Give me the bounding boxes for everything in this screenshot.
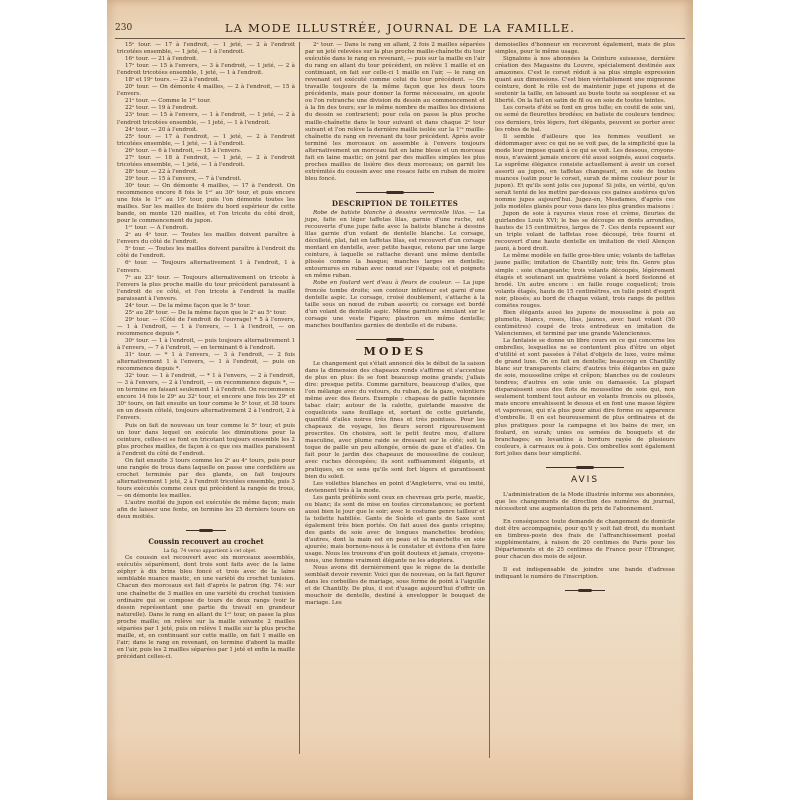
divider-ornament [546,466,624,469]
paragraph: 24ᵉ tour. — 20 à l'endroit. [117,127,295,134]
paragraph: 29ᵉ tour. — 15 à l'envers, — 7 à l'endro… [117,176,295,183]
paragraph: 5ᵉ tour. — Toutes les mailles doivent pa… [117,246,295,260]
paragraph: 23ᵉ tour. — 15 à l'envers, — 1 à l'endro… [117,112,295,126]
paragraph: 2ᵉ tour. — Dans le rang en allant, 2 foi… [305,42,485,183]
paragraph: Les gants préférés sont ceux en chevreau… [305,495,485,565]
paragraph: 30ᵉ tour. — 1 à l'endroit, — puis toujou… [117,338,295,352]
paragraph: Bien élégants aussi les jupons de mousse… [495,310,675,338]
column-divider [489,42,490,758]
paragraph: Il est indispensable de joindre une band… [495,567,675,581]
divider-ornament [356,191,434,194]
section-title-avis: AVIS [495,477,675,484]
paragraph: La fantaisie se donne un libre cours en … [495,338,675,458]
paragraph: Nous avons dit dernièrement que le règne… [305,565,485,607]
paragraph: 32ᵉ tour. — 1 à l'endroit, — * 1 à l'env… [117,373,295,422]
paragraph: 28ᵉ tour. — 22 à l'endroit. [117,169,295,176]
paragraph: L'autre moitié du jupon est exécutée de … [117,500,295,521]
divider-ornament [186,529,226,532]
paragraph: 2ᵉ au 4ᵉ tour. — Toutes les mailles doiv… [117,232,295,246]
toilette-item: Robe en foulard vert d'eau à fleurs de c… [305,280,485,329]
toilette-item: Robe de batiste blanche à dessins vermic… [305,210,485,280]
paragraph: 25ᵉ au 28ᵉ tour. — De la même façon que … [117,310,295,317]
paragraph: 6ᵉ tour. — Toujours alternativement 1 à … [117,260,295,274]
toilette-text: — La jupe froncée tombe droite; son cont… [305,280,485,328]
paragraph: Signalons à nos abonnées la Ceinture sui… [495,56,675,105]
page-header: 230 LA MODE ILLUSTRÉE, JOURNAL DE LA FAM… [115,20,685,39]
paragraph: Il semble d'ailleurs que les femmes veui… [495,134,675,212]
section-title-coussin: Coussin recouvert au crochet [117,538,295,545]
paragraph: 7ᵉ au 23ᵉ tour. — Toujours alternativeme… [117,275,295,303]
paragraph: Jupon de soie à rayures vieux rose et cr… [495,211,675,253]
section-title-toilettes: DESCRIPTION DE TOILETTES [305,200,485,207]
paragraph: 17ᵉ tour. — 15 à l'envers, — 3 à l'endro… [117,63,295,77]
newspaper-page: 230 LA MODE ILLUSTRÉE, JOURNAL DE LA FAM… [107,0,693,800]
paragraph: 25ᵉ tour. — 17 à l'endroit, — 1 jeté, — … [117,134,295,148]
paragraph: 15ᵉ tour. — 17 à l'endroit, — 1 jeté, — … [117,42,295,56]
paragraph: Le même modèle en faille gros-bleu unie;… [495,253,675,309]
divider-ornament [565,589,605,592]
column-divider [299,42,300,754]
paragraph: demoiselles d'honneur en recevront égale… [495,42,675,56]
toilette-lead: Robe de batiste blanche à dessins vermic… [313,210,466,216]
paragraph: En conséquence toute demande de changeme… [495,519,675,561]
toilette-text: — La jupe, faite en léger taffetas lilas… [305,210,485,279]
paragraph: 31ᵉ tour. — * 1 à l'envers, — 3 à l'endr… [117,352,295,373]
paragraph: 27ᵉ tour. — 18 à l'endroit, — 1 jeté, — … [117,155,295,169]
paragraph: 24ᵉ tour. — De la même façon que le 5ᵉ t… [117,303,295,310]
paragraph: Ce coussin est recouvert avec six morcea… [117,555,295,661]
paragraph: 20ᵉ tour. — On démonte 4 mailles, — 2 à … [117,84,295,98]
journal-title: LA MODE ILLUSTRÉE, JOURNAL DE LA FAMILLE… [115,21,685,35]
toilette-lead: Robe en foulard vert d'eau à fleurs de c… [313,280,452,286]
paragraph: 30ᵉ tour. — On démonte 4 mailles, — 17 à… [117,183,295,225]
paragraph: Puis on fait de nouveau un tour comme le… [117,423,295,458]
paragraph: 29ᵉ tour. — (Côté de l'endroit de l'ouvr… [117,317,295,338]
paragraph: Les corsets d'été se font en gros tulle;… [495,105,675,133]
column-modes-avis: demoiselles d'honneur en recevront égale… [495,42,675,742]
divider-ornament [356,338,434,341]
section-title-modes: MODES [305,348,485,355]
paragraph: Les voilettes blanches en point d'Anglet… [305,481,485,495]
column-knitting-instructions: 15ᵉ tour. — 17 à l'endroit, — 1 jeté, — … [117,42,295,754]
paragraph: L'administration de la Mode illustrée in… [495,492,675,513]
paragraph: 26ᵉ tour. — 6 à l'endroit, — 15 à l'enve… [117,148,295,155]
paragraph: On fait ensuite 3 tours comme les 2ᵉ au … [117,458,295,500]
column-toilettes-modes: 2ᵉ tour. — Dans le rang en allant, 2 foi… [305,42,485,758]
paragraph: Le changement qui s'était annoncé dès le… [305,361,485,481]
